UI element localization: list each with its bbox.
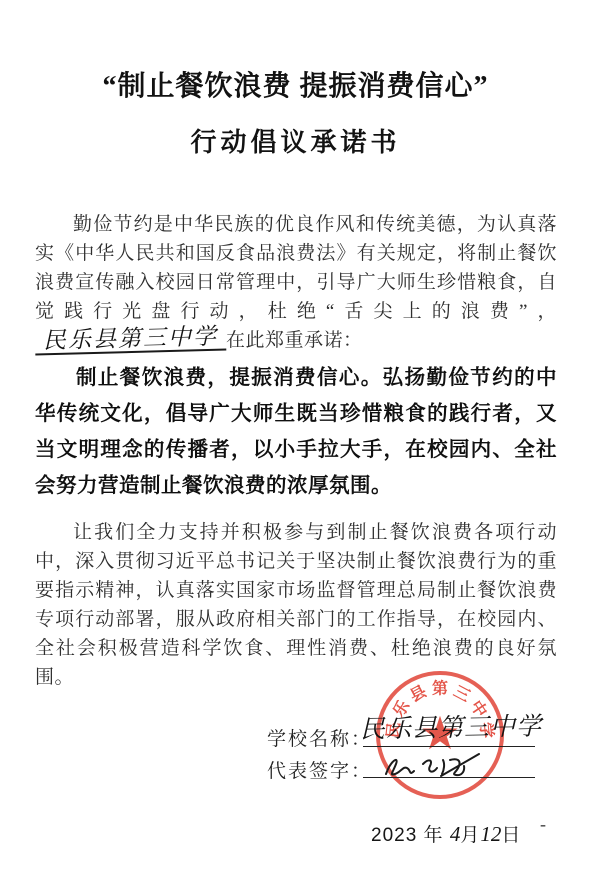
seal-arc-char: 三 bbox=[450, 679, 475, 707]
document-subtitle: 行动倡议承诺书 bbox=[0, 122, 591, 159]
paragraph-action: 让我们全力支持并积极参与到制止餐饮浪费各项行动中，深入贯彻习近平总书记关于坚决制… bbox=[35, 518, 557, 692]
paragraph-intro-text: 勤俭节约是中华民族的优良作风和传统美德，为认真落实《中华人民共和国反食品浪费法》… bbox=[35, 214, 557, 322]
school-name-underline bbox=[363, 746, 535, 747]
paragraph-intro-tail: 在此郑重承诺： bbox=[226, 330, 363, 351]
document-title: “制止餐饮浪费 提振消费信心” bbox=[0, 64, 591, 104]
handwritten-signature bbox=[383, 750, 493, 780]
scan-artifact-dash: - bbox=[540, 814, 546, 835]
date-month-unit: 月 bbox=[460, 825, 480, 846]
date-line: 2023 年 4月12日 bbox=[371, 820, 521, 847]
representative-signature-label: 代表签字： bbox=[267, 756, 372, 783]
paragraph-intro: 勤俭节约是中华民族的优良作风和传统美德，为认真落实《中华人民共和国反食品浪费法》… bbox=[35, 210, 557, 355]
seal-arc-char: 县 bbox=[405, 679, 430, 707]
school-name-label: 学校名称： bbox=[267, 724, 372, 751]
handwritten-school-name-field: 民乐县第三中学 bbox=[360, 714, 540, 742]
scanned-commitment-letter: “制止餐饮浪费 提振消费信心” 行动倡议承诺书 勤俭节约是中华民族的优良作风和传… bbox=[0, 0, 591, 886]
seal-arc-char: 第 bbox=[432, 676, 448, 699]
date-month-handwritten: 4 bbox=[450, 822, 461, 846]
handwritten-school-name-inline: 民乐县第三中学 bbox=[35, 325, 227, 356]
paragraph-pledge: 制止餐饮浪费，提振消费信心。弘扬勤俭节约的中华传统文化，倡导广大师生既当珍惜粮食… bbox=[35, 360, 557, 504]
date-year: 2023 年 bbox=[371, 825, 444, 846]
date-day-unit: 日 bbox=[501, 825, 521, 846]
date-day-handwritten: 12 bbox=[480, 822, 501, 846]
